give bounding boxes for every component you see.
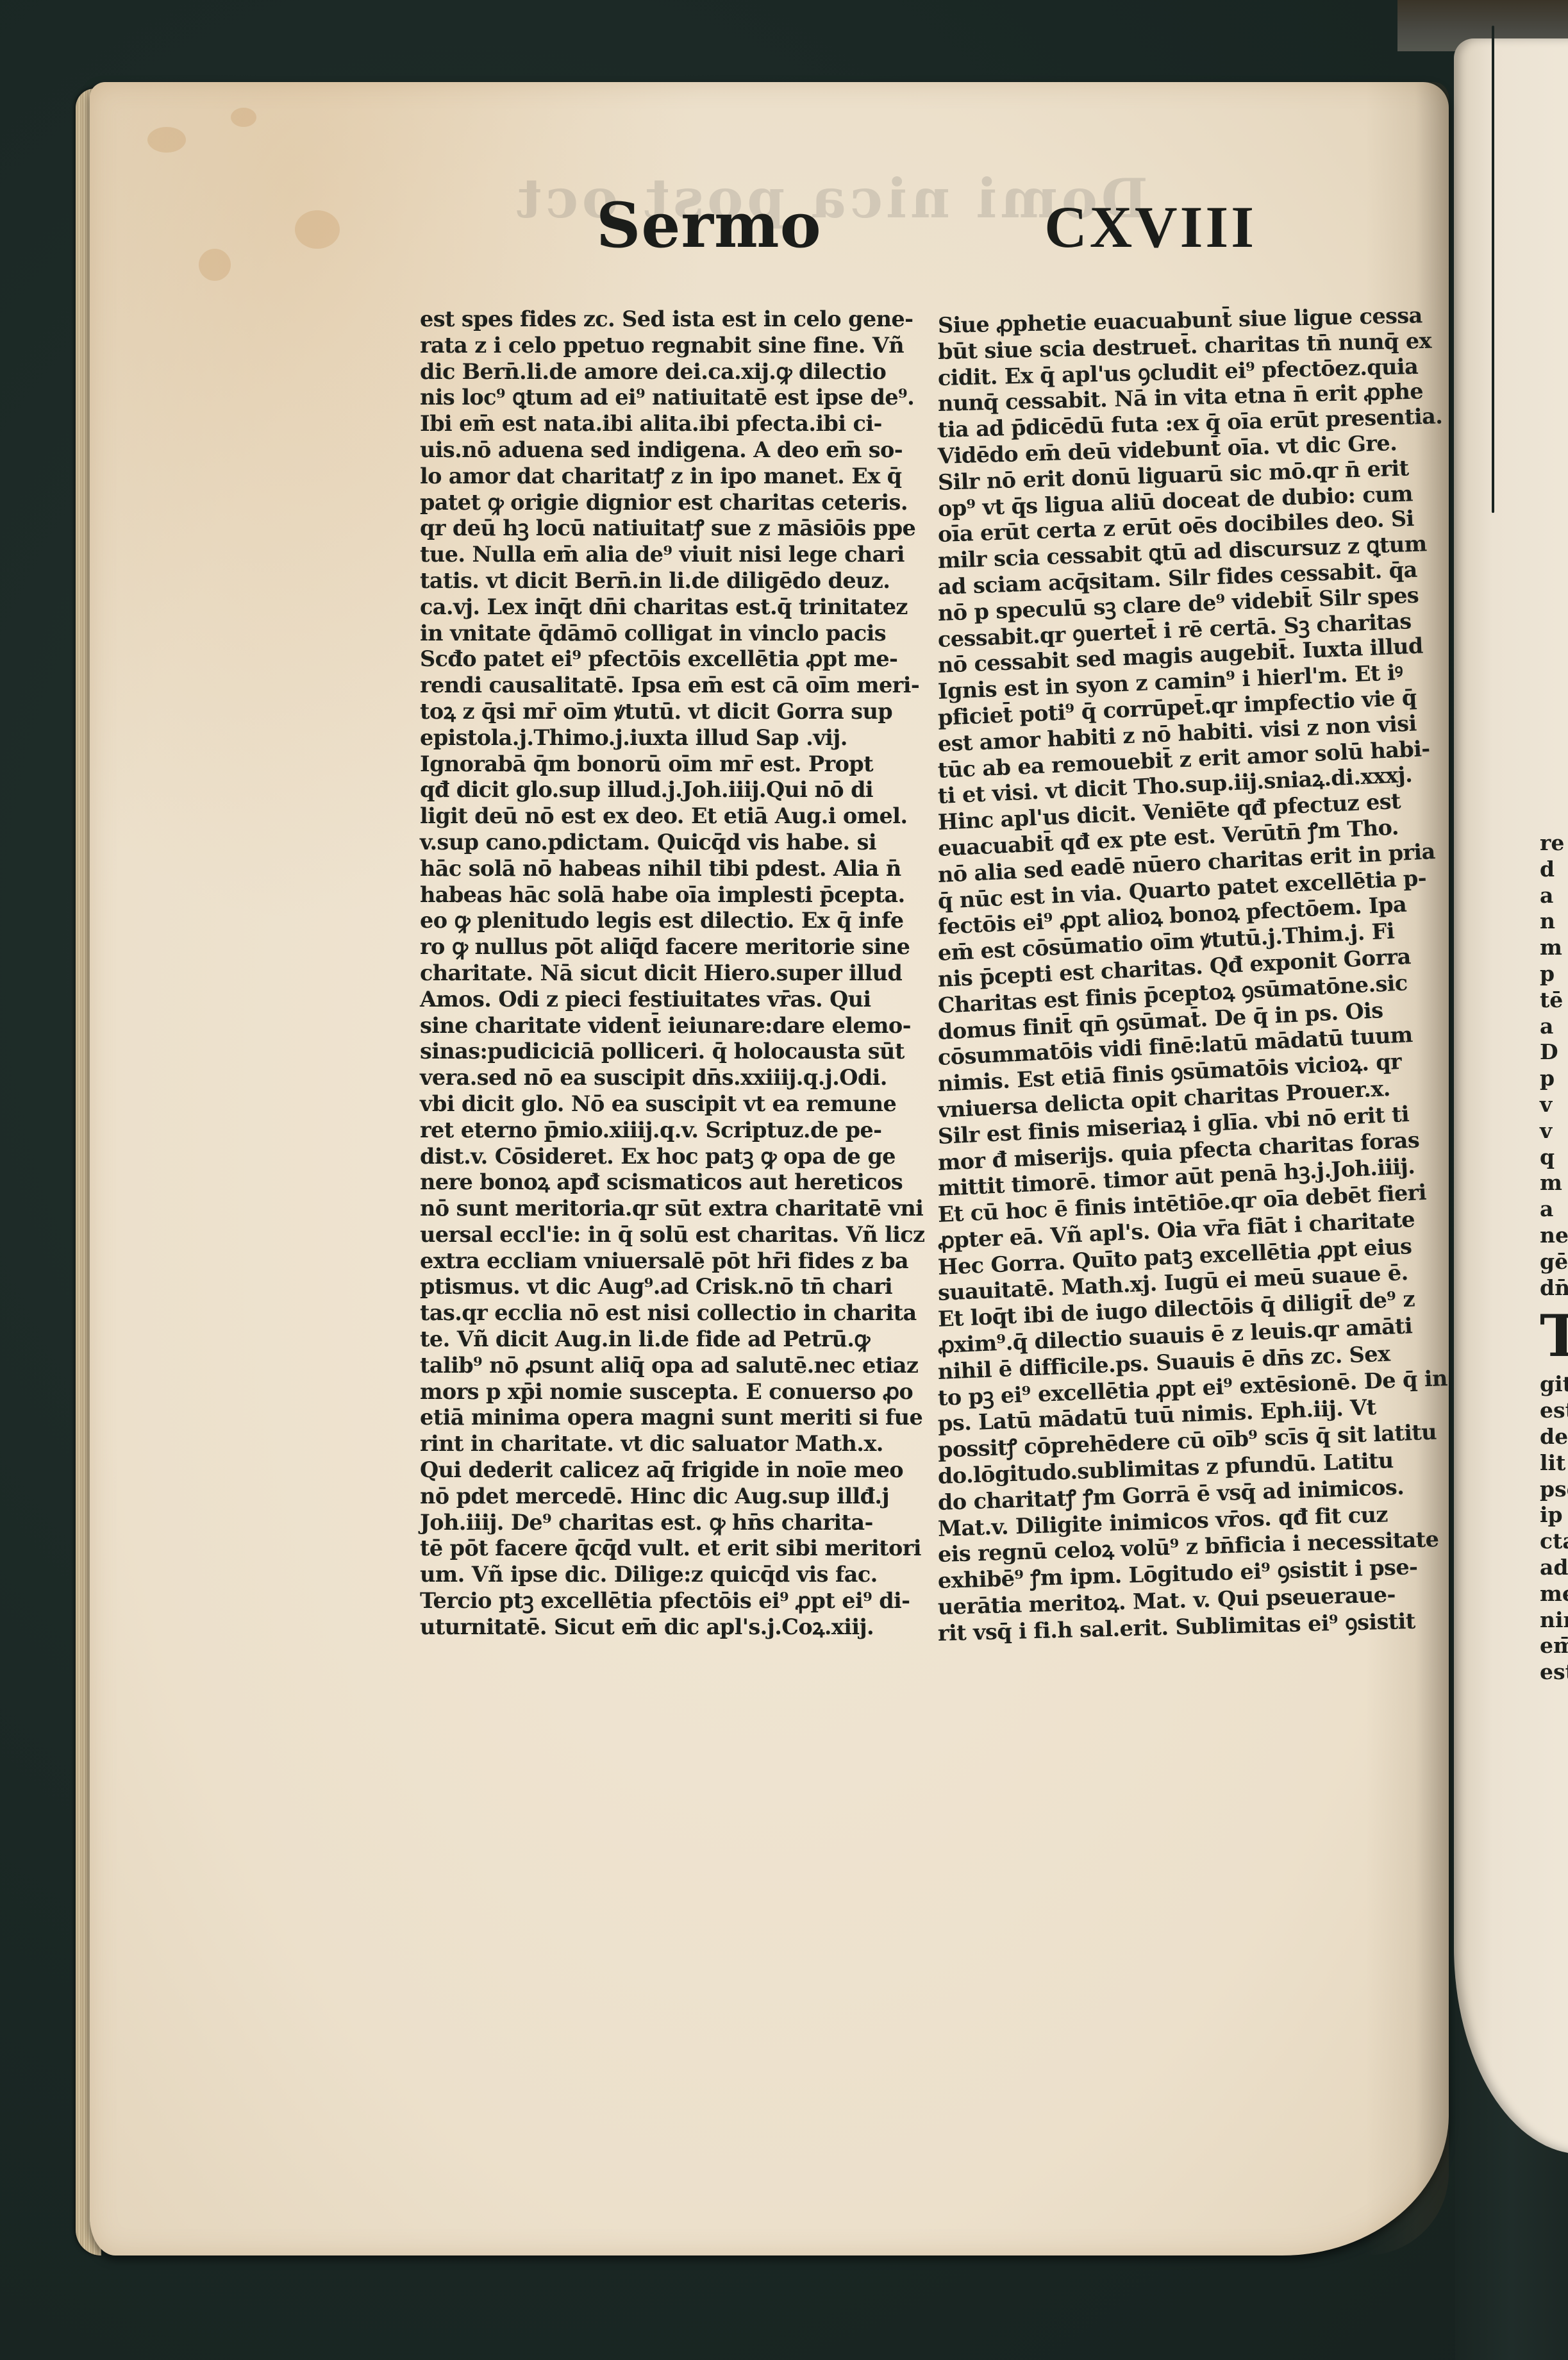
text-fragment: dei <box>1540 1424 1568 1450</box>
text-fragment: tē <box>1540 987 1568 1014</box>
text-fragment: D <box>1540 1039 1568 1066</box>
text-fragment: ip <box>1540 1502 1568 1528</box>
text-line: rendi causalitatē. Ipsa em̄ est cā oīm m… <box>420 673 894 699</box>
text-fragment: v <box>1540 1118 1568 1144</box>
text-line: te. Vñ dicit Aug.in li.de fide ad Petrū.… <box>420 1326 894 1353</box>
text-line: Ignorabā q̄m bonorū oīm mr̄ est. Propt <box>420 751 894 778</box>
initial-letter: T <box>1540 1301 1568 1371</box>
gutter-line <box>1492 26 1494 513</box>
text-fragment: m <box>1540 935 1568 961</box>
text-line: tē pōt facere q̄cq̄d vult. et erit sibi … <box>420 1536 894 1562</box>
text-column-left: est spes fides zc. Sed ista est in celo … <box>420 306 894 1641</box>
text-line: dic Bern̄.li.de amore dei.ca.xij.ꝙ dilec… <box>420 359 894 385</box>
text-line: Amos. Odi z pieci festiuitates vr̄as. Qu… <box>420 987 894 1013</box>
foxing-spot <box>147 127 186 153</box>
text-line: patet ꝙ origie dignior est charitas cete… <box>420 490 894 516</box>
text-line: ptismus. vt dic Aug⁹.ad Crisk.nō tn̄ cha… <box>420 1274 894 1300</box>
text-fragment: ad <box>1540 1555 1568 1581</box>
text-fragment: est. <box>1540 1659 1568 1686</box>
text-fragment: gē <box>1540 1249 1568 1275</box>
text-fragment: est <box>1540 1398 1568 1424</box>
text-fragment: ne <box>1540 1223 1568 1249</box>
text-line: vbi dicit glo. Nō ea suscipit vt ea remu… <box>420 1091 894 1117</box>
running-header: Sermo CXVIII <box>596 189 1256 262</box>
text-line: rata z i celo ppetuo regnabit sine fine.… <box>420 333 894 359</box>
text-line: qđ dicit glo.sup illud.j.Joh.iiij.Qui nō… <box>420 777 894 803</box>
text-line: qr deū hꝫ locū natiuitatꝭ sue z māsiōis … <box>420 515 894 542</box>
text-line: est spes fides zc. Sed ista est in celo … <box>420 306 894 333</box>
facing-page-text: redanmptēaDpvvqmanegēdn̄Tgitestdeilitpse… <box>1540 830 1568 1686</box>
text-line: eo ꝙ plenitudo legis est dilectio. Ex q̄… <box>420 908 894 934</box>
text-line: nere bonoꝝ apđ scismaticos aut hereticos <box>420 1169 894 1196</box>
text-line: nō pdet mercedē. Hinc dic Aug.sup illđ.j <box>420 1484 894 1510</box>
text-line: nō sunt meritoria.qr sūt extra charitatē… <box>420 1196 894 1222</box>
text-line: nis loc⁹ ꝗtum ad ei⁹ natiuitatē est ipse… <box>420 385 894 411</box>
text-line: tas.qr ecclia nō est nisi collectio in c… <box>420 1300 894 1326</box>
text-fragment: d <box>1540 857 1568 883</box>
text-line: ro ꝙ nullus pōt aliq̄d facere meritorie … <box>420 934 894 960</box>
text-fragment: nin <box>1540 1607 1568 1634</box>
text-fragment: cta <box>1540 1528 1568 1555</box>
text-line: epistola.j.Thimo.j.iuxta illud Sap .vij. <box>420 725 894 751</box>
text-line: ligit deū nō est ex deo. Et etiā Aug.i o… <box>420 803 894 830</box>
text-line: toꝝ z q̄si mr̄ oīm ꝟtutū. vt dicit Gorra… <box>420 699 894 725</box>
text-line: habeas hāc solā habe oīa implesti p̄cept… <box>420 882 894 908</box>
text-column-right: Siue ꝓphetie euacuabunt̄ siue ligue cess… <box>938 313 1425 1647</box>
text-fragment: a <box>1540 1014 1568 1040</box>
text-line: extra eccliam vniuersalē pōt hr̄i fides … <box>420 1248 894 1275</box>
text-line: um. Vñ ipse dic. Dilige:z quicq̄d vis fa… <box>420 1562 894 1588</box>
text-fragment: a <box>1540 1196 1568 1223</box>
running-title: Sermo <box>596 189 822 262</box>
text-line: in vnitate q̄dāmō colligat in vinclo pac… <box>420 621 894 647</box>
text-line: hāc solā nō habeas nihil tibi pdest. Ali… <box>420 856 894 882</box>
text-fragment: git <box>1540 1371 1568 1398</box>
text-line: mors p xp̄i nomie suscepta. E conuerso ꝓ… <box>420 1379 894 1405</box>
text-fragment: em̄ <box>1540 1633 1568 1659</box>
text-line: sinas:pudiciciā polliceri. q̄ holocausta… <box>420 1039 894 1065</box>
text-line: Ibi em̄ est nata.ibi alita.ibi pfecta.ib… <box>420 411 894 437</box>
text-fragment: m <box>1540 1170 1568 1196</box>
text-line: etiā minima opera magni sunt meriti si f… <box>420 1405 894 1431</box>
text-line: v.sup cano.pdictam. Quicq̄d vis habe. si <box>420 830 894 856</box>
text-line: dist.v. Cōsideret. Ex hoc patꝫ ꝙ opa de … <box>420 1144 894 1170</box>
text-line: ret eterno p̄mio.xiiij.q.v. Scriptuz.de … <box>420 1117 894 1144</box>
foxing-spot <box>231 108 256 127</box>
text-line: Scđo patet ei⁹ pfectōis excellētia ꝓpt m… <box>420 646 894 673</box>
text-line: uturnitatē. Sicut em̄ dic apl's.j.Coꝝ.xi… <box>420 1614 894 1641</box>
text-fragment: dn̄ <box>1540 1275 1568 1301</box>
text-fragment: pse <box>1540 1477 1568 1503</box>
text-fragment: v <box>1540 1092 1568 1118</box>
text-line: talib⁹ nō ꝓsunt aliq̄ opa ad salutē.nec … <box>420 1353 894 1379</box>
text-line: rint in charitate. vt dic saluator Math.… <box>420 1431 894 1457</box>
text-line: sine charitate vident̄ ieiunare:dare ele… <box>420 1013 894 1039</box>
text-line: lo amor dat charitatꝭ z in ipo manet. Ex… <box>420 464 894 490</box>
text-line: tue. Nulla em̄ alia de⁹ viuit nisi lege … <box>420 542 894 568</box>
text-fragment: re <box>1540 830 1568 857</box>
text-line: uis.nō aduena sed indigena. A deo em̄ so… <box>420 437 894 464</box>
text-line: charitate. Nā sicut dicit Hiero.super il… <box>420 960 894 987</box>
text-line: uersal eccl'ie: in q̄ solū est charitas.… <box>420 1222 894 1248</box>
text-fragment: q <box>1540 1144 1568 1171</box>
foxing-spot <box>295 210 340 249</box>
text-fragment: me <box>1540 1581 1568 1607</box>
text-fragment: a <box>1540 883 1568 909</box>
foxing-spot <box>199 249 231 281</box>
text-fragment: lit <box>1540 1450 1568 1477</box>
text-line: Qui dederit calicez aq̄ frigide in noīe … <box>420 1457 894 1484</box>
text-fragment: p <box>1540 961 1568 987</box>
folio-number: CXVIII <box>1044 193 1256 261</box>
text-line: Tercio ptꝫ excellētia pfectōis ei⁹ ꝓpt e… <box>420 1588 894 1614</box>
text-fragment: p <box>1540 1066 1568 1092</box>
text-line: tatis. vt dicit Bern̄.in li.de diligēdo … <box>420 568 894 594</box>
text-line: ca.vj. Lex inq̄t dn̄i charitas est.q̄ tr… <box>420 594 894 621</box>
text-line: Joh.iiij. De⁹ charitas est. ꝙ hn̄s chari… <box>420 1510 894 1536</box>
text-line: vera.sed nō ea suscipit dn̄s.xxiiij.q.j.… <box>420 1065 894 1091</box>
text-fragment: n <box>1540 908 1568 935</box>
